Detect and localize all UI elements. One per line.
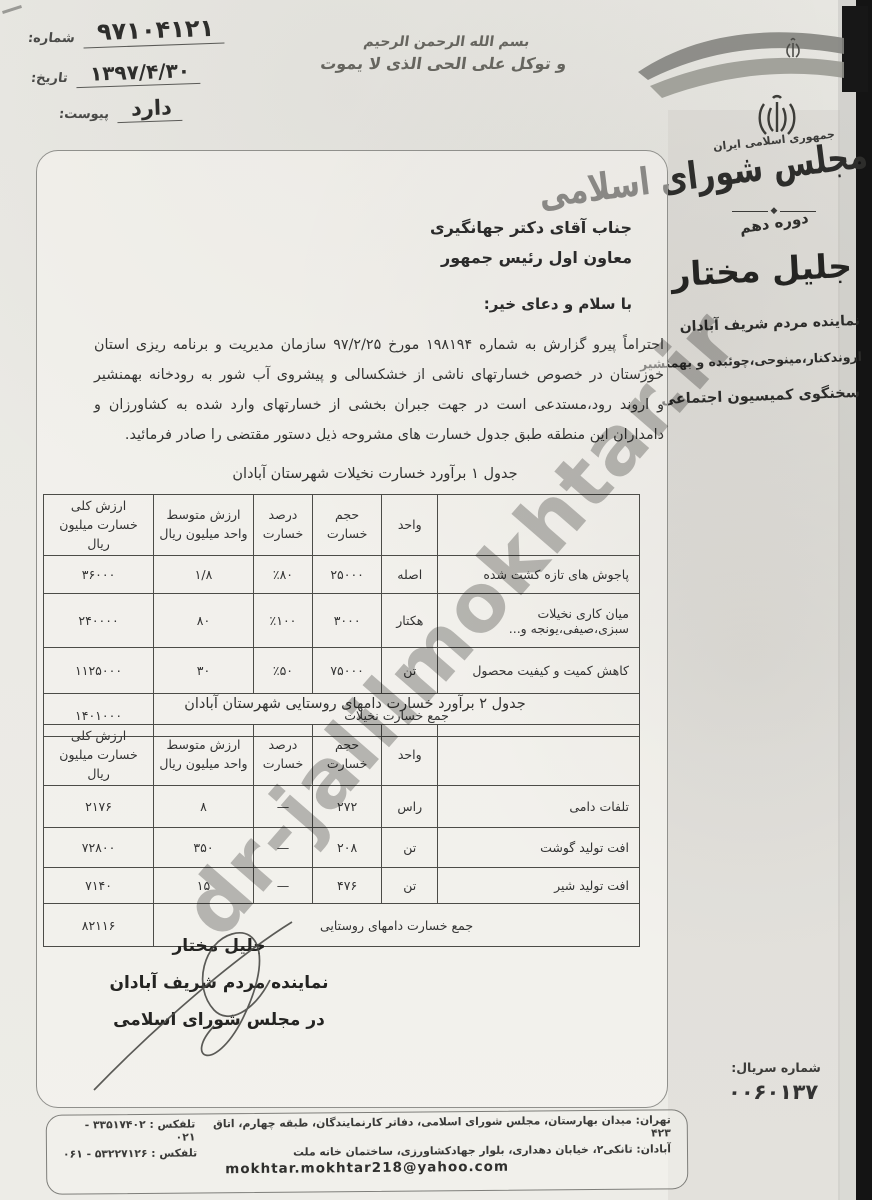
table1-header-volume: حجم خسارت [312,495,381,556]
body-line-1: احتراماً پیرو گزارش به شماره ۱۹۸۱۹۴ مورخ… [94,330,664,360]
signature-block: جلیل مختار نماینده مردم شریف آبادان در م… [96,928,342,1039]
table-row: کاهش کمیت و کیفیت محصول تن ۷۵۰۰۰ ٪۵۰ ۳۰ … [44,648,640,694]
table2-header-item [438,725,640,786]
bismillah-line1: بسم الله الرحمن الرحیم [280,34,612,50]
footer-contact-box: تهران: میدان بهارستان، مجلس شورای اسلامی… [46,1109,689,1195]
abadan-fax: تلفکس : ۵۳۲۲۷۱۲۶ - ۰۶۱ [63,1146,197,1160]
table-row: تلفات دامی راس ۲۷۲ — ۸ ۲۱۷۶ [44,786,640,828]
ref-date-row: تاریخ: ۱۳۹۷/۴/۳۰ [31,60,200,86]
table1-title: جدول ۱ برآورد خسارت نخیلات شهرستان آبادا… [150,466,600,482]
table2-header-unit: واحد [382,725,438,786]
table1-header-item [438,495,640,556]
table-row: پاجوش های تازه کشت شده اصله ۲۵۰۰۰ ٪۸۰ ۱/… [44,556,640,594]
ref-attachment-row: پیوست: دارد [59,96,182,122]
table1-header-row: واحد حجم خسارت درصد خسارت ارزش متوسط واح… [44,495,640,556]
table2-header-row: واحد حجم خسارت درصد خسارت ارزش متوسط واح… [44,725,640,786]
ref-number-value: ۹۷۱۰۴۱۲۱ [82,14,224,49]
table1-header-avg: ارزش متوسط واحد میلیون ریال [154,495,254,556]
ref-attachment-label: پیوست: [58,107,110,122]
signature-title-1: نماینده مردم شریف آبادان [96,965,342,1002]
table2-title: جدول ۲ برآورد خسارت دامهای روستایی شهرست… [120,696,590,712]
footer-email: mokhtar.mokhtar218@yahoo.com [47,1157,687,1179]
serial-number-value: ۰۰۶۰۱۳۷ [697,1080,849,1104]
ref-number-row: شماره: ۹۷۱۰۴۱۲۱ [28,16,224,46]
table1-header-total: ارزش کلی خسارت میلیون ریال [44,495,154,556]
signature-title-2: در مجلس شورای اسلامی [96,1002,342,1039]
footer-tehran-row: تهران: میدان بهارستان، مجلس شورای اسلامی… [47,1110,687,1145]
table-row: افت تولید گوشت تن ۲۰۸ — ۳۵۰ ۷۲۸۰۰ [44,828,640,868]
table1-header-unit: واحد [382,495,438,556]
ref-date-label: تاریخ: [30,71,68,86]
tehran-address: تهران: میدان بهارستان، مجلس شورای اسلامی… [195,1113,671,1143]
letter-body: احتراماً پیرو گزارش به شماره ۱۹۸۱۹۴ مورخ… [94,330,664,450]
body-line-4: دامداران این منطقه طبق جدول خسارت های مش… [94,420,664,450]
recipient-title: معاون اول رئیس جمهور [441,248,632,267]
recipient-name: جناب آقای دکتر جهانگیری [430,218,632,237]
table1-header-percent: درصد خسارت [253,495,312,556]
tehran-fax: تلفکس : ۳۳۵۱۷۴۰۲ - ۰۲۱ [63,1117,196,1144]
scan-corner-dash [2,5,22,14]
flag-swoosh-graphic [634,12,848,116]
abadan-address: آبادان: تانکی۲، خیابان دهداری، بلوار جها… [293,1142,671,1158]
serial-number-label: شماره سریال: [714,1060,838,1075]
bismillah-line2: و توکل علی الحی الذی لا یموت [277,54,610,73]
table2-header-avg: ارزش متوسط واحد میلیون ریال [154,725,254,786]
body-line-2: خوزستان در خصوص خسارتهای ناشی از خشکسالی… [94,360,664,390]
bismillah-block: بسم الله الرحمن الرحیم و توکل علی الحی ا… [277,34,612,73]
signature-name: جلیل مختار [96,928,342,965]
ref-attachment-value: دارد [117,95,183,123]
table2-header-volume: حجم خسارت [312,725,381,786]
scan-edge-black-strip [856,0,872,1200]
ref-number-label: شماره: [27,31,75,46]
table-row: میان کاری نخیلات سبزی،صیفی،یونجه و... هک… [44,594,640,648]
scanned-letter-page: dr-jalilmokhtar.ir شماره: ۹۷۱۰۴۱۲۱ تاریخ… [0,0,872,1200]
ref-date-value: ۱۳۹۷/۴/۳۰ [76,58,201,88]
livestock-damage-table: واحد حجم خسارت درصد خسارت ارزش متوسط واح… [43,724,640,947]
table2-header-total: ارزش کلی خسارت میلیون ریال [44,725,154,786]
table-row: افت تولید شیر تن ۴۷۶ — ۱۵ ۷۱۴۰ [44,868,640,904]
table2-header-percent: درصد خسارت [253,725,312,786]
body-line-3: و اروند رود،مستدعی است در جهت جبران بخشی… [94,390,664,420]
salutation: با سلام و دعای خیر: [484,295,632,313]
